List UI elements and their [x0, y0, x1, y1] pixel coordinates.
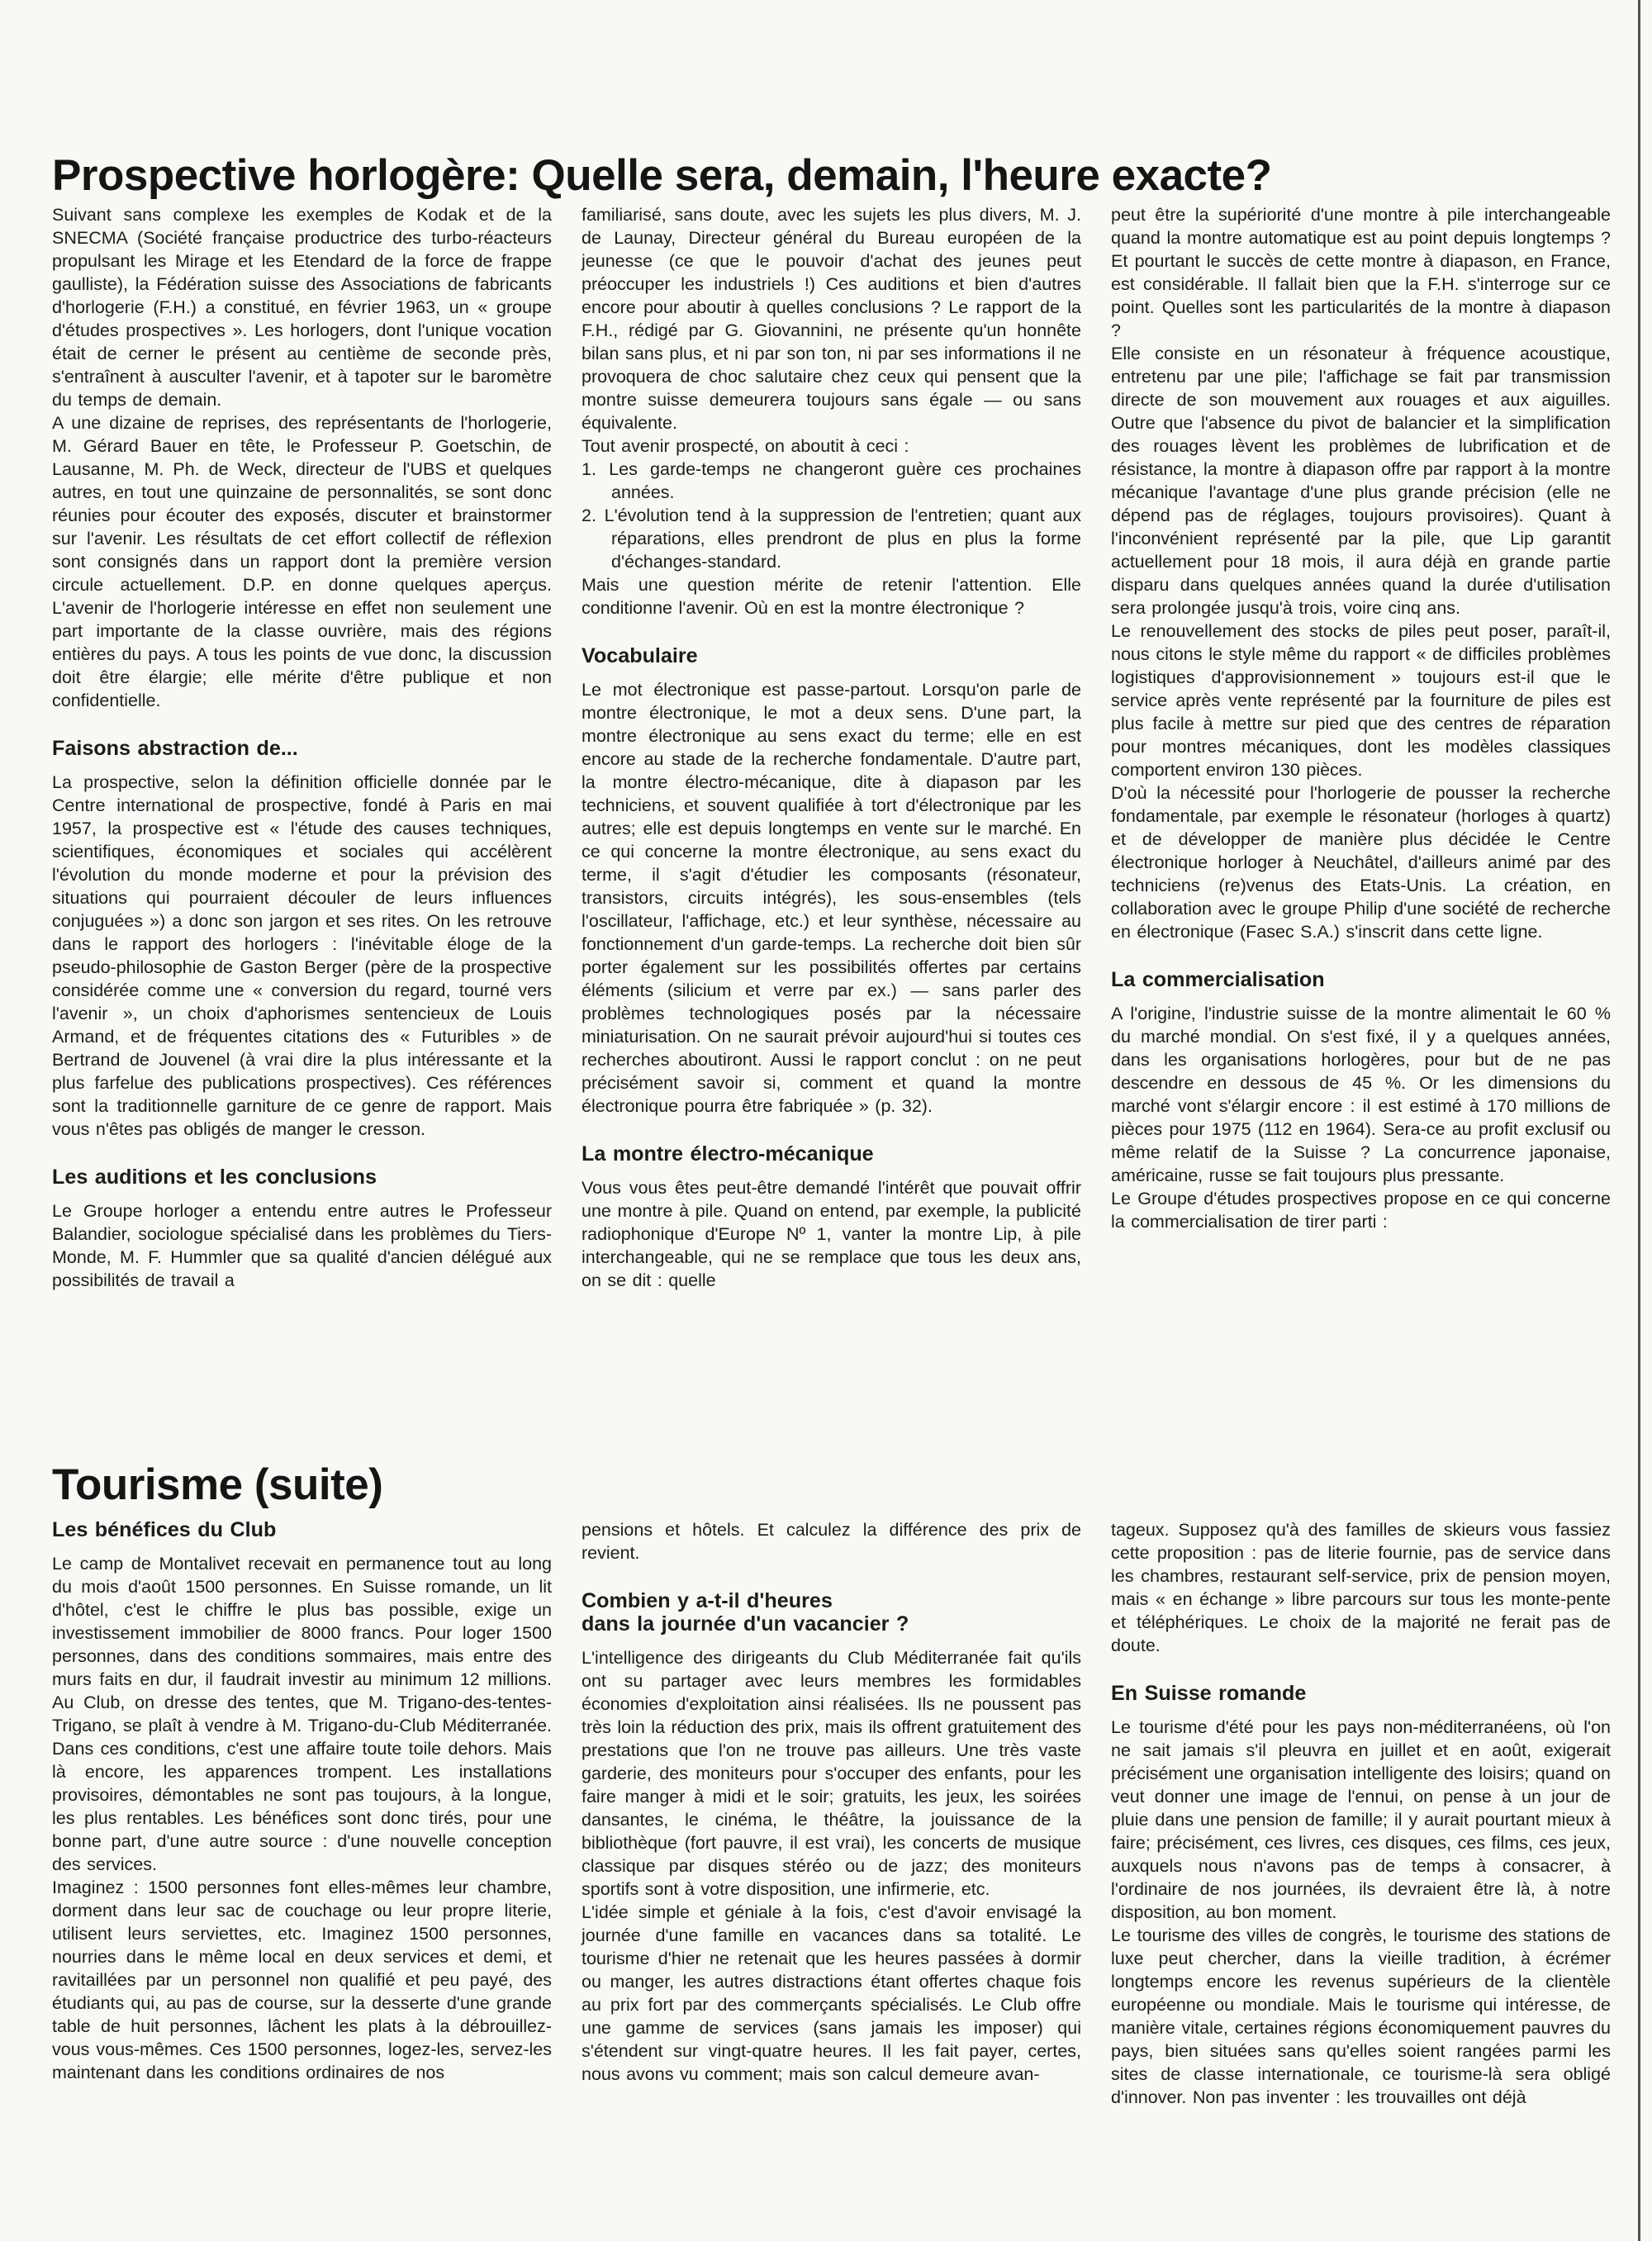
paragraph: Imaginez : 1500 personnes font elles-mêm…: [52, 1876, 552, 2084]
article-column: tageux. Supposez qu'à des familles de sk…: [1111, 1518, 1611, 2109]
article-column: pensions et hôtels. Et calculez la diffé…: [582, 1518, 1081, 2086]
section-subhead: Faisons abstraction de...: [52, 737, 552, 760]
section-subhead: Combien y a-t-il d'heures dans la journé…: [582, 1589, 1081, 1636]
paragraph: Mais une question mérite de retenir l'at…: [582, 573, 1081, 620]
magazine-page: Prospective horlogère: Quelle sera, dema…: [0, 0, 1652, 2241]
paragraph: Le camp de Montalivet recevait en perman…: [52, 1552, 552, 1876]
article-column: Suivant sans complexe les exemples de Ko…: [52, 203, 552, 1292]
paragraph: Le tourisme d'été pour les pays non-médi…: [1111, 1716, 1611, 1924]
article-column: Les bénéfices du Club Le camp de Montali…: [52, 1518, 552, 2084]
paragraph: Le Groupe horloger a entendu entre autre…: [52, 1199, 552, 1292]
paragraph: A l'origine, l'industrie suisse de la mo…: [1111, 1002, 1611, 1187]
list-item: 2. L'évolution tend à la suppression de …: [582, 504, 1081, 573]
section-subhead: Les auditions et les conclusions: [52, 1166, 552, 1189]
paragraph: Le renouvellement des stocks de piles pe…: [1111, 620, 1611, 781]
paragraph: Suivant sans complexe les exemples de Ko…: [52, 203, 552, 411]
section-subhead: Les bénéfices du Club: [52, 1518, 552, 1541]
paragraph: Vous vous êtes peut-être demandé l'intér…: [582, 1176, 1081, 1292]
section-subhead: Vocabulaire: [582, 644, 1081, 667]
paragraph: peut être la supériorité d'une montre à …: [1111, 203, 1611, 342]
article-tourisme-columns: Les bénéfices du Club Le camp de Montali…: [52, 1518, 1611, 2109]
section-subhead: La commercialisation: [1111, 968, 1611, 991]
paragraph: D'où la nécessité pour l'horlogerie de p…: [1111, 781, 1611, 943]
paragraph: Elle consiste en un résonateur à fréquen…: [1111, 342, 1611, 620]
paragraph: Le Groupe d'études prospectives propose …: [1111, 1187, 1611, 1233]
article-title-tourisme-suite: Tourisme (suite): [52, 1461, 382, 1509]
paragraph: La prospective, selon la définition offi…: [52, 771, 552, 1141]
paragraph: pensions et hôtels. Et calculez la diffé…: [582, 1518, 1081, 1564]
page-edge-rule: [1638, 0, 1640, 2241]
paragraph: L'idée simple et géniale à la fois, c'es…: [582, 1901, 1081, 2086]
section-subhead: La montre électro-mécanique: [582, 1142, 1081, 1166]
article-column: familiarisé, sans doute, avec les sujets…: [582, 203, 1081, 1292]
paragraph: Le tourisme des villes de congrès, le to…: [1111, 1924, 1611, 2109]
paragraph: familiarisé, sans doute, avec les sujets…: [582, 203, 1081, 434]
article-column: peut être la supériorité d'une montre à …: [1111, 203, 1611, 1233]
paragraph: L'intelligence des dirigeants du Club Mé…: [582, 1646, 1081, 1901]
paragraph: A une dizaine de reprises, des représent…: [52, 411, 552, 712]
list-item: 1. Les garde-temps ne changeront guère c…: [582, 458, 1081, 504]
article-title-prospective-horlogere: Prospective horlogère: Quelle sera, dema…: [52, 152, 1272, 200]
section-subhead: En Suisse romande: [1111, 1682, 1611, 1705]
paragraph: Tout avenir prospecté, on aboutit à ceci…: [582, 434, 1081, 458]
article-prospective-columns: Suivant sans complexe les exemples de Ko…: [52, 203, 1611, 1292]
paragraph: tageux. Supposez qu'à des familles de sk…: [1111, 1518, 1611, 1657]
paragraph: Le mot électronique est passe-partout. L…: [582, 678, 1081, 1118]
